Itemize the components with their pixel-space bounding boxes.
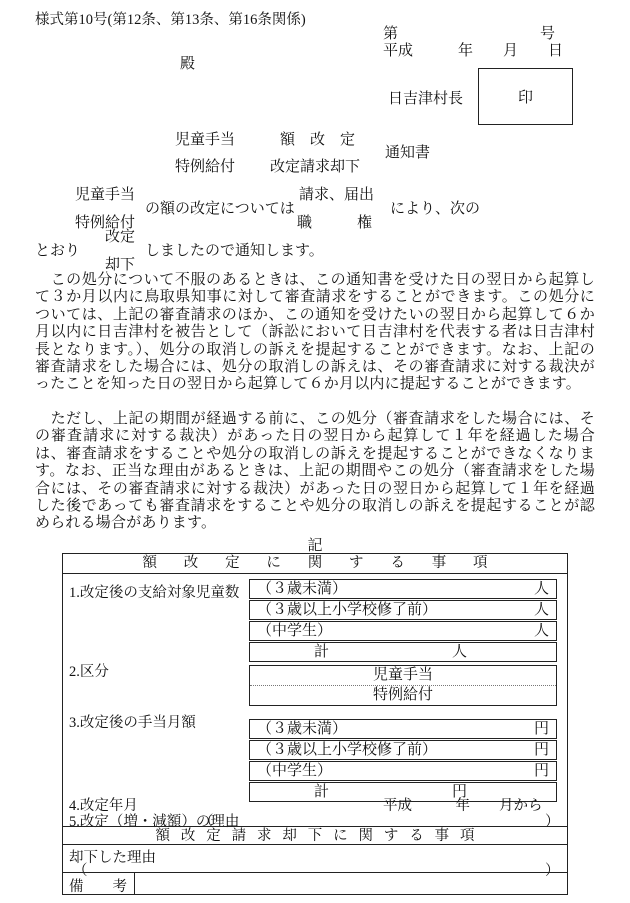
intro-basis-top: 請求、届出	[299, 183, 374, 204]
unit-label: 人	[534, 601, 549, 619]
unit-label: 円	[534, 741, 549, 759]
total-label: 計	[314, 643, 329, 661]
date-line: 平成 年 月 日	[383, 39, 563, 60]
total-label: 計	[314, 783, 329, 801]
main-table: 額改定に関する事項 1.改定後の支給対象児童数 （３歳未満） 人 （３歳以上小学…	[62, 553, 568, 895]
table-header-amount-revision: 額改定に関する事項	[63, 554, 567, 574]
intro-tail: により、次の	[390, 197, 480, 218]
item1-label: 1.改定後の支給対象児童数	[69, 581, 239, 602]
unit-label: 人	[534, 580, 549, 598]
category-row: 児童手当	[250, 666, 556, 685]
intro-line2-tail: しましたので通知します。	[145, 239, 324, 260]
remarks-cell-divider	[134, 873, 135, 895]
intro-mid: の額の改定については	[145, 197, 295, 218]
mayor-name: 日吉津村長	[388, 87, 463, 108]
age-band-label: （中学生）	[257, 623, 332, 639]
title-suffix: 通知書	[385, 141, 430, 162]
unit-label: 人	[452, 643, 467, 661]
intro-result-top: 改定	[105, 225, 135, 246]
category-table: 児童手当 特例給付	[249, 665, 557, 706]
addressee-suffix: 殿	[180, 52, 195, 73]
seal-box: 印	[478, 68, 573, 125]
title-benefit-top: 児童手当	[175, 128, 235, 149]
age-band-label: （３歳以上小学校修了前）	[257, 742, 437, 758]
child-count-row: （中学生） 人	[249, 621, 557, 641]
intro-result-bottom: 却下	[105, 253, 135, 274]
ki-heading: 記	[0, 534, 630, 555]
unit-label: 円	[534, 762, 549, 780]
age-band-label: （３歳未満）	[257, 721, 347, 737]
intro-line2-head: とおり	[35, 239, 80, 260]
title-action-top: 額 改 定	[280, 128, 355, 149]
rejection-paren-close: ）	[545, 859, 560, 880]
amount-row: （３歳未満） 円	[249, 719, 557, 739]
paragraph-appeal: この処分について不服のあるときは、この通知書を受けた日の翌日から起算して３か月以…	[35, 272, 595, 394]
child-count-total-row: 計 人	[249, 642, 557, 662]
remarks-top-border	[63, 872, 567, 873]
title-benefit-bottom: 特例給付	[175, 155, 235, 176]
title-action-bottom: 改定請求却下	[270, 155, 360, 176]
item4-value: 平成 年 月から	[383, 794, 543, 815]
child-count-table: （３歳未満） 人 （３歳以上小学校修了前） 人 （中学生） 人 計 人	[249, 579, 557, 663]
age-band-label: （中学生）	[257, 763, 332, 779]
child-count-row: （３歳未満） 人	[249, 579, 557, 599]
table-header-rejection: 額改定請求却下に関する事項	[63, 826, 567, 845]
amount-row: （中学生） 円	[249, 761, 557, 781]
monthly-amount-table: （３歳未満） 円 （３歳以上小学校修了前） 円 （中学生） 円 計 円	[249, 719, 557, 803]
paragraph-deadline: ただし、上記の期間が経過する前に、この処分（審査請求をした場合には、その審査請求…	[35, 411, 595, 533]
form-number: 様式第10号(第12条、第13条、第16条関係)	[35, 8, 306, 29]
item2-label: 2.区分	[69, 660, 109, 681]
intro-benefit-top: 児童手当	[75, 183, 135, 204]
remarks-label: 備 考	[69, 875, 127, 896]
amount-row: （３歳以上小学校修了前） 円	[249, 740, 557, 760]
seal-label: 印	[518, 86, 533, 107]
category-row: 特例給付	[250, 685, 556, 705]
item3-label: 3.改定後の手当月額	[69, 711, 196, 732]
age-band-label: （３歳以上小学校修了前）	[257, 602, 437, 618]
age-band-label: （３歳未満）	[257, 581, 347, 597]
document-page: 様式第10号(第12条、第13条、第16条関係) 第 号 平成 年 月 日 殿 …	[0, 0, 630, 903]
unit-label: 人	[534, 622, 549, 640]
intro-basis-bottom: 職 権	[297, 211, 372, 232]
child-count-row: （３歳以上小学校修了前） 人	[249, 600, 557, 620]
unit-label: 円	[534, 720, 549, 738]
